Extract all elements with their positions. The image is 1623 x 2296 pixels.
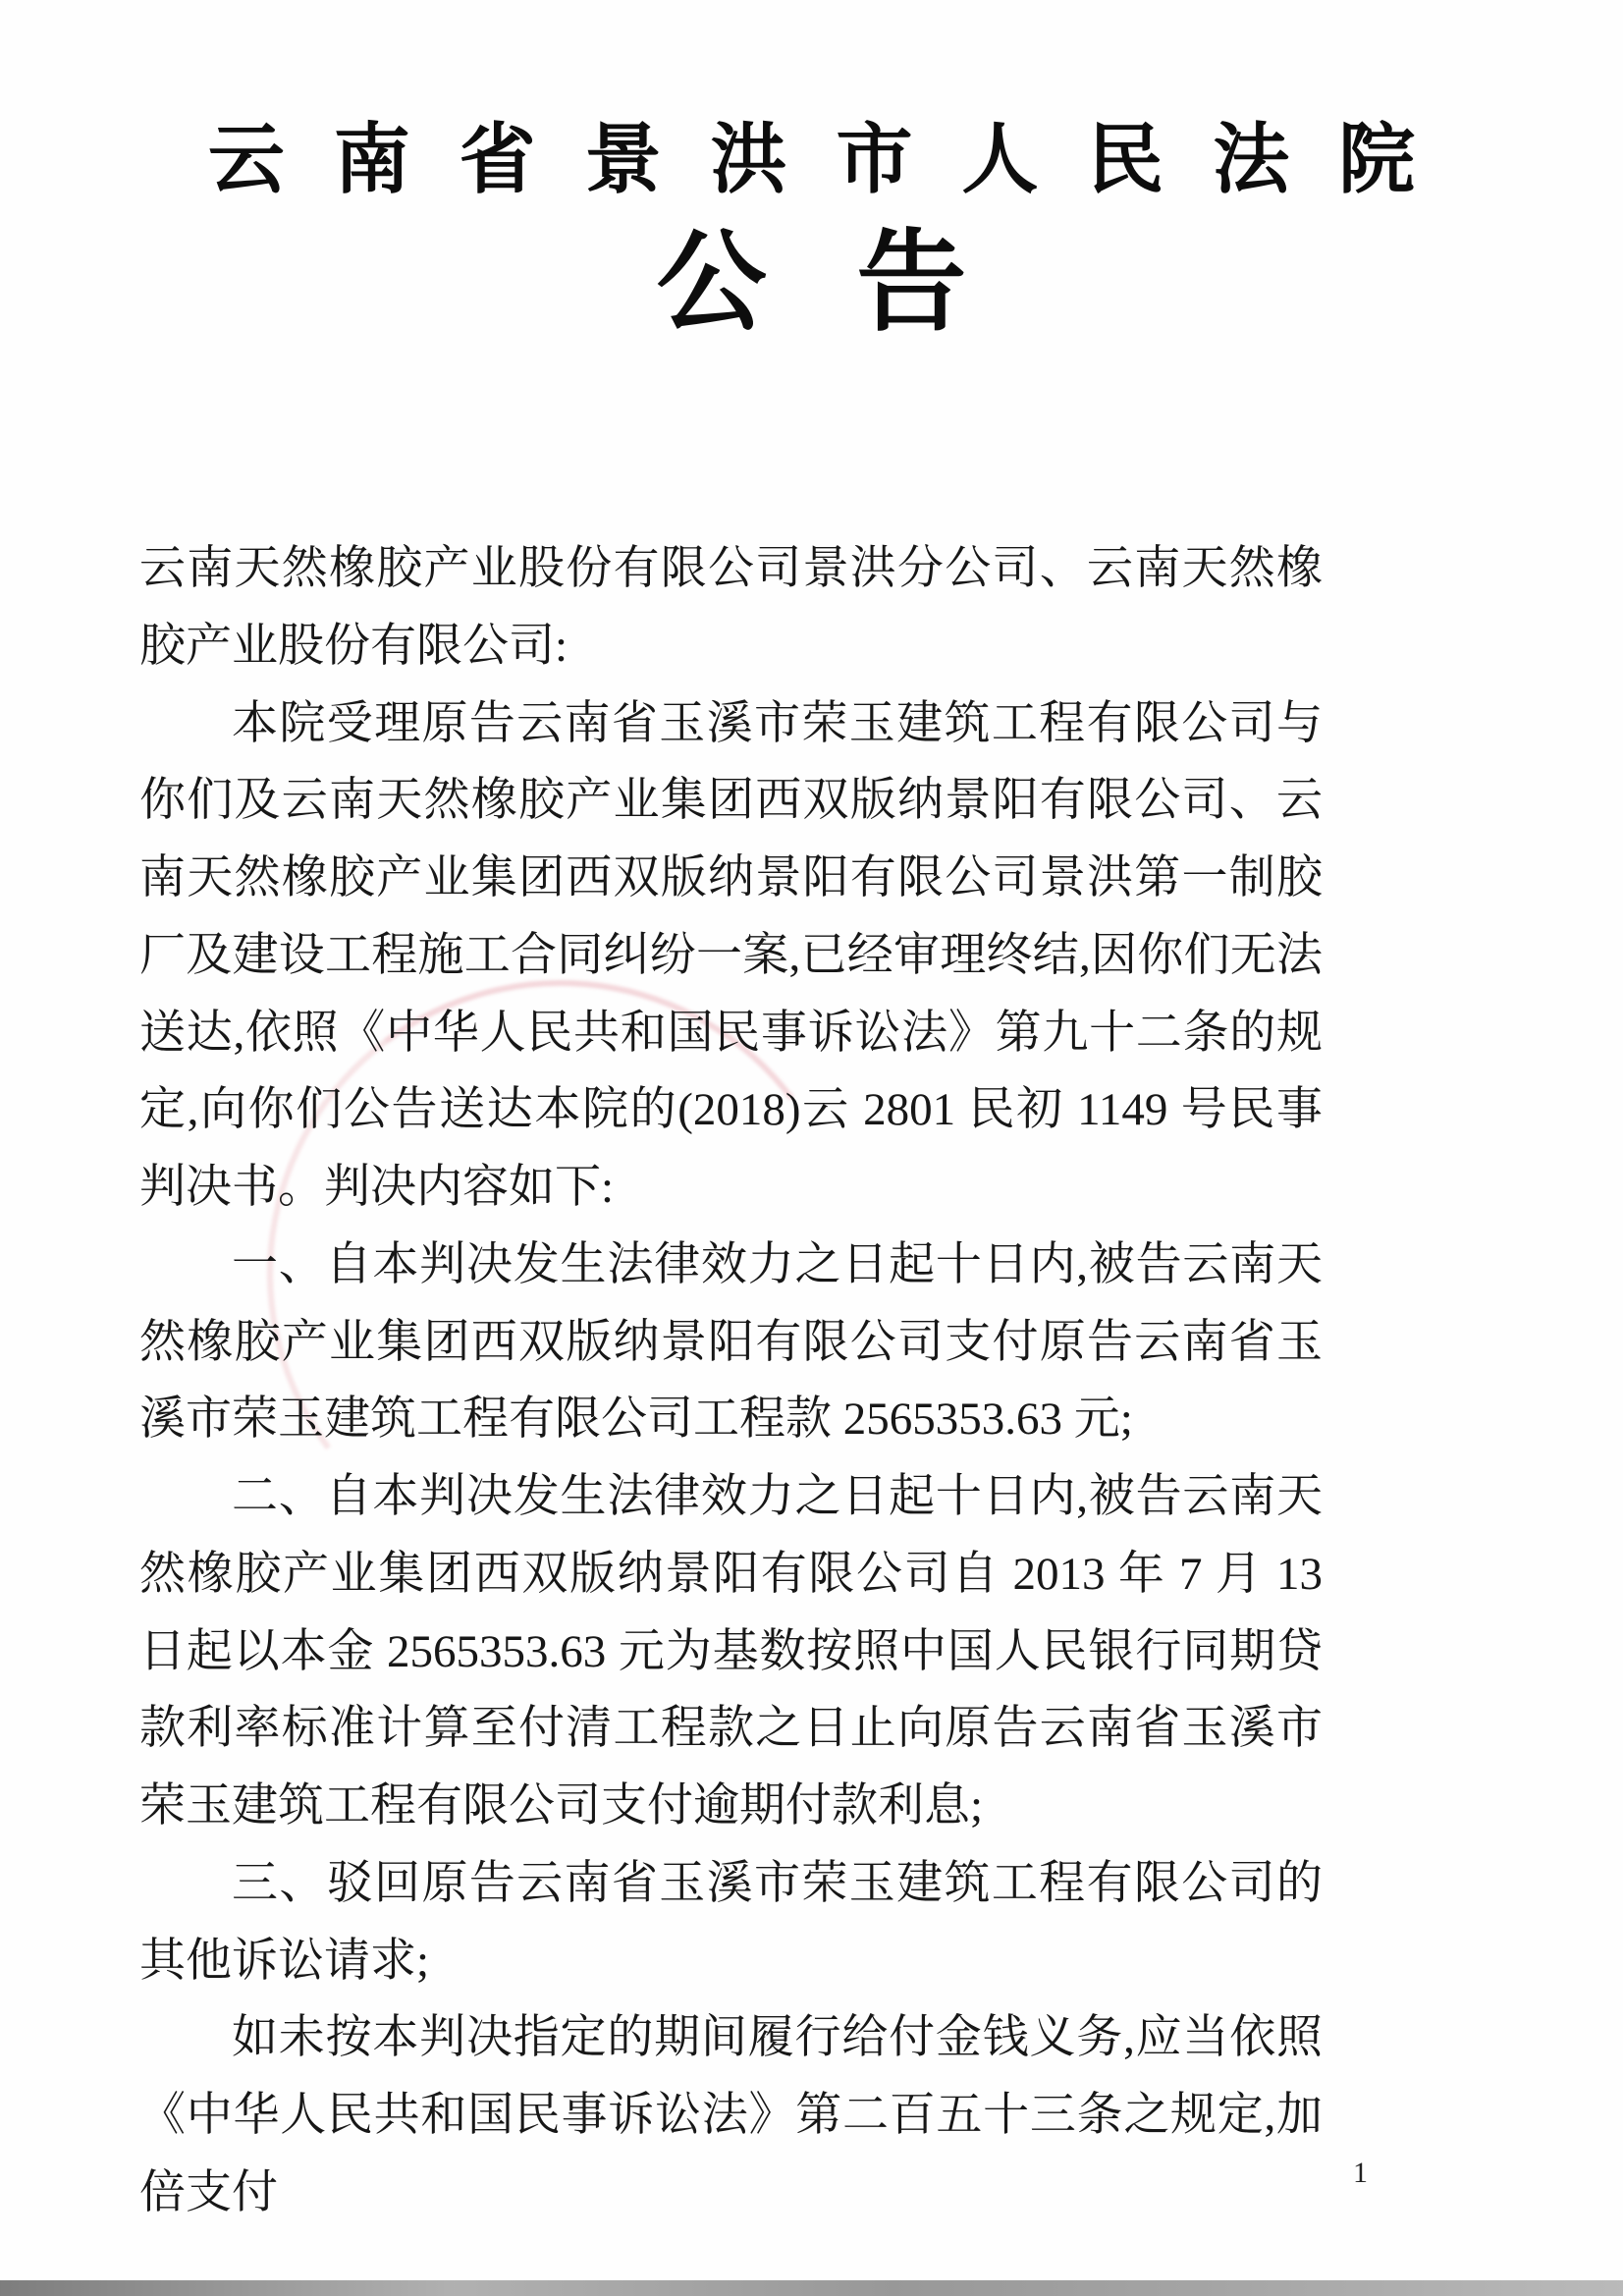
judgment-item-3-paragraph: 三、驳回原告云南省玉溪市荣玉建筑工程有限公司的其他诉讼请求;: [139, 1845, 1323, 2000]
page-number: 1: [1353, 2157, 1368, 2190]
announcement-body: 云南天然橡胶产业股份有限公司景洪分公司、云南天然橡胶产业股份有限公司: 本院受理…: [139, 530, 1323, 2232]
enforcement-clause-paragraph: 如未按本判决指定的期间履行给付金钱义务,应当依照《中华人民共和国民事诉讼法》第二…: [139, 1999, 1323, 2231]
scanned-court-announcement-page: 云南省景洪市人民法院 公告 云南天然橡胶产业股份有限公司景洪分公司、云南天然橡胶…: [0, 0, 1623, 2296]
judgment-item-1-paragraph: 一、自本判决发生法律效力之日起十日内,被告云南天然橡胶产业集团西双版纳景阳有限公…: [139, 1227, 1323, 1458]
addressee-paragraph: 云南天然橡胶产业股份有限公司景洪分公司、云南天然橡胶产业股份有限公司:: [139, 530, 1323, 685]
judgment-item-2-paragraph: 二、自本判决发生法律效力之日起十日内,被告云南天然橡胶产业集团西双版纳景阳有限公…: [139, 1458, 1323, 1845]
case-intro-paragraph: 本院受理原告云南省玉溪市荣玉建筑工程有限公司与你们及云南天然橡胶产业集团西双版纳…: [139, 685, 1323, 1227]
court-name-title: 云南省景洪市人民法院: [0, 98, 1623, 208]
announcement-title: 公告: [0, 194, 1623, 353]
scan-bottom-edge-artifact: [0, 2280, 1623, 2296]
